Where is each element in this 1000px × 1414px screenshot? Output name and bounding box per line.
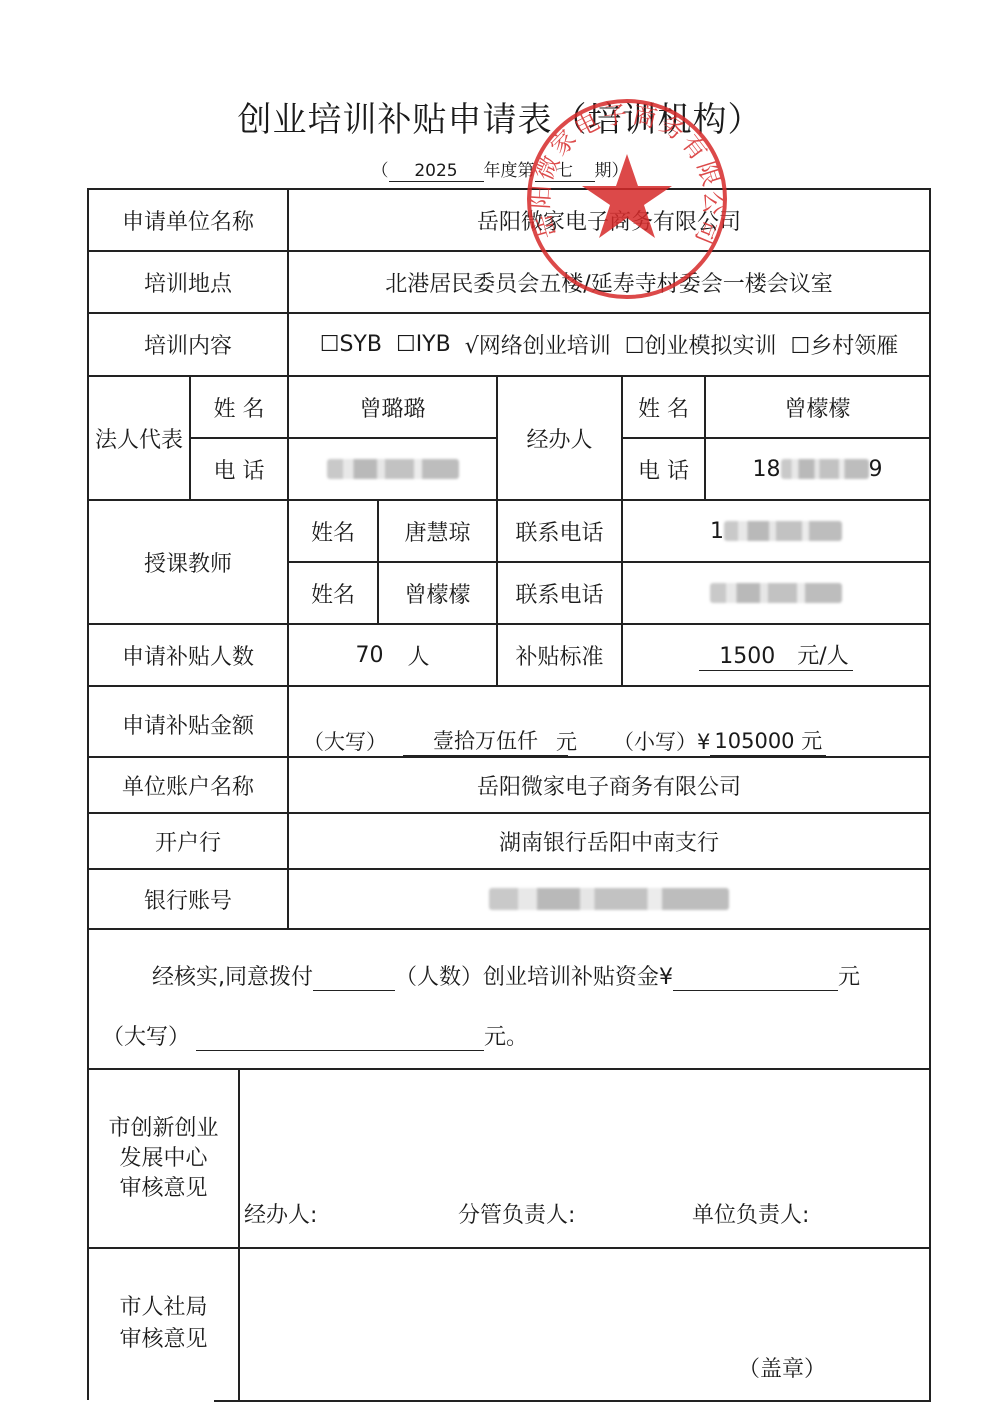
bank-value: 湖南银行岳阳中南支行 bbox=[289, 814, 929, 868]
option-online-training[interactable]: √网络创业培训 bbox=[465, 329, 611, 360]
applicant-value: 岳阳微家电子商务有限公司 bbox=[289, 190, 929, 250]
option-simulation[interactable]: ☐创业模拟实训 bbox=[625, 329, 777, 360]
hline bbox=[214, 1400, 931, 1402]
approval-upper-unit: 元。 bbox=[484, 1025, 528, 1050]
teacher-2-phone-label: 联系电话 bbox=[498, 563, 621, 623]
handler-name: 曾檬檬 bbox=[706, 377, 929, 437]
amount-upper-label: （大写） bbox=[303, 726, 387, 756]
legal-rep-name-label: 姓 名 bbox=[191, 377, 287, 437]
period-open: （ bbox=[372, 161, 389, 181]
phone-prefix: 1 bbox=[710, 519, 724, 544]
checkbox-icon: ☐ bbox=[396, 332, 416, 357]
bank-label: 开户行 bbox=[89, 814, 287, 868]
amount-lower-value: 105000 bbox=[714, 729, 794, 753]
location-value: 北港居民委员会五楼/延寿寺村委会一楼会议室 bbox=[289, 252, 929, 312]
handler-name-label: 姓 名 bbox=[623, 377, 704, 437]
handler-phone: 189 bbox=[706, 439, 929, 499]
review1-label-line: 审核意见 bbox=[119, 1174, 207, 1204]
review2-seal: （盖章） bbox=[738, 1352, 826, 1383]
legal-rep-phone bbox=[289, 439, 496, 499]
redacted-phone bbox=[327, 459, 459, 479]
amount-field: （大写） 壹拾万伍仟 元 （小写）¥ 105000 元 bbox=[289, 687, 929, 756]
approval-text-c: 元 bbox=[838, 965, 860, 990]
border-right-bottom bbox=[929, 1247, 931, 1402]
option-label: 创业模拟实训 bbox=[645, 334, 777, 359]
review1-label-line: 市创新创业 bbox=[108, 1114, 218, 1144]
option-iyb[interactable]: ☐IYB bbox=[396, 332, 451, 357]
account-name-value: 岳阳微家电子商务有限公司 bbox=[289, 758, 929, 812]
account-no-label: 银行账号 bbox=[89, 870, 287, 928]
redacted-account bbox=[489, 888, 729, 910]
review2-label: 市人社局 审核意见 bbox=[89, 1249, 238, 1399]
standard-unit: 元/人 bbox=[797, 644, 848, 669]
count-field: 70人 bbox=[289, 625, 496, 685]
review1-handler: 经办人: bbox=[244, 1198, 317, 1229]
amount-upper-value: 壹拾万伍仟 bbox=[403, 725, 568, 756]
amount-upper-unit: 元 bbox=[556, 726, 577, 756]
standard-label: 补贴标准 bbox=[498, 625, 621, 685]
standard-value: 1500 bbox=[719, 644, 775, 669]
legal-rep-phone-label: 电 话 bbox=[191, 439, 287, 499]
approval-text-a: 经核实,同意拨付 bbox=[152, 965, 313, 990]
amount-lower-underline: 105000 元 bbox=[710, 725, 826, 756]
period-year: 2025 bbox=[389, 161, 484, 182]
period-year-suffix: 年度第 bbox=[484, 161, 535, 181]
amount-label: 申请补贴金额 bbox=[89, 687, 287, 756]
review1-supervisor: 分管负责人: bbox=[458, 1198, 575, 1229]
redacted-phone bbox=[724, 521, 842, 541]
phone-prefix: 18 bbox=[753, 457, 781, 482]
teacher-2-name-label: 姓名 bbox=[289, 563, 377, 623]
approval-line-1: 经核实,同意拨付（人数）创业培训补贴资金¥元 bbox=[152, 960, 860, 991]
handler-label: 经办人 bbox=[498, 377, 621, 499]
vline-review bbox=[238, 1068, 240, 1402]
standard-field: 1500元/人 bbox=[623, 625, 929, 685]
review1-head: 单位负责人: bbox=[692, 1198, 809, 1229]
review2-label-line: 市人社局 bbox=[119, 1292, 207, 1324]
redacted-phone bbox=[781, 459, 869, 479]
period-line: （2025年度第七期） bbox=[0, 156, 1000, 182]
option-label: SYB bbox=[339, 332, 382, 357]
legal-rep-label: 法人代表 bbox=[89, 377, 189, 499]
content-options: ☐SYB ☐IYB √网络创业培训 ☐创业模拟实训 ☐乡村领雁 bbox=[289, 314, 929, 375]
teacher-1-phone-label: 联系电话 bbox=[498, 501, 621, 561]
count-value: 70 bbox=[355, 643, 383, 668]
count-label: 申请补贴人数 bbox=[89, 625, 287, 685]
approval-line-2: （大写）元。 bbox=[102, 1020, 528, 1051]
option-rural[interactable]: ☐乡村领雁 bbox=[791, 329, 899, 360]
legal-rep-name: 曾璐璐 bbox=[289, 377, 496, 437]
approval-count-blank[interactable] bbox=[313, 970, 395, 991]
approval-upper-blank[interactable] bbox=[196, 1030, 484, 1051]
option-label: 乡村领雁 bbox=[810, 334, 898, 359]
approval-upper-label: （大写） bbox=[102, 1025, 190, 1050]
phone-suffix: 9 bbox=[869, 457, 883, 482]
amount-lower-label: （小写）¥ bbox=[613, 726, 710, 756]
review1-label: 市创新创业 发展中心 审核意见 bbox=[89, 1070, 238, 1247]
account-name-label: 单位账户名称 bbox=[89, 758, 287, 812]
teacher-label: 授课教师 bbox=[89, 501, 287, 623]
teacher-1-name-label: 姓名 bbox=[289, 501, 377, 561]
amount-lower-unit: 元 bbox=[801, 729, 822, 753]
approval-amount-blank[interactable] bbox=[673, 970, 838, 991]
option-label: IYB bbox=[416, 332, 451, 357]
location-label: 培训地点 bbox=[89, 252, 287, 312]
teacher-1-name: 唐慧琼 bbox=[379, 501, 496, 561]
account-no-value bbox=[289, 870, 929, 928]
count-unit: 人 bbox=[407, 640, 429, 671]
checkbox-icon: ☐ bbox=[625, 334, 645, 359]
border-right bbox=[929, 188, 931, 1248]
form-title: 创业培训补贴申请表（培训机构） bbox=[0, 92, 1000, 141]
review2-label-line: 审核意见 bbox=[119, 1324, 207, 1356]
approval-text-b: （人数）创业培训补贴资金¥ bbox=[395, 965, 673, 990]
applicant-label: 申请单位名称 bbox=[89, 190, 287, 250]
redacted-phone bbox=[710, 583, 842, 603]
standard-underline: 1500元/人 bbox=[699, 639, 852, 671]
hline bbox=[87, 928, 931, 930]
period-term-suffix: 期） bbox=[595, 161, 629, 181]
teacher-2-name: 曾檬檬 bbox=[379, 563, 496, 623]
teacher-1-phone: 1 bbox=[623, 501, 929, 561]
checkbox-icon: ☐ bbox=[791, 334, 811, 359]
teacher-2-phone bbox=[623, 563, 929, 623]
checkbox-icon: ☐ bbox=[320, 332, 340, 357]
review1-label-line: 发展中心 bbox=[119, 1144, 207, 1174]
option-syb[interactable]: ☐SYB bbox=[320, 332, 382, 357]
checkmark-icon: √ bbox=[465, 334, 479, 359]
option-label: 网络创业培训 bbox=[479, 334, 611, 359]
handler-phone-label: 电 话 bbox=[623, 439, 704, 499]
content-label: 培训内容 bbox=[89, 314, 287, 375]
period-term: 七 bbox=[535, 156, 595, 182]
